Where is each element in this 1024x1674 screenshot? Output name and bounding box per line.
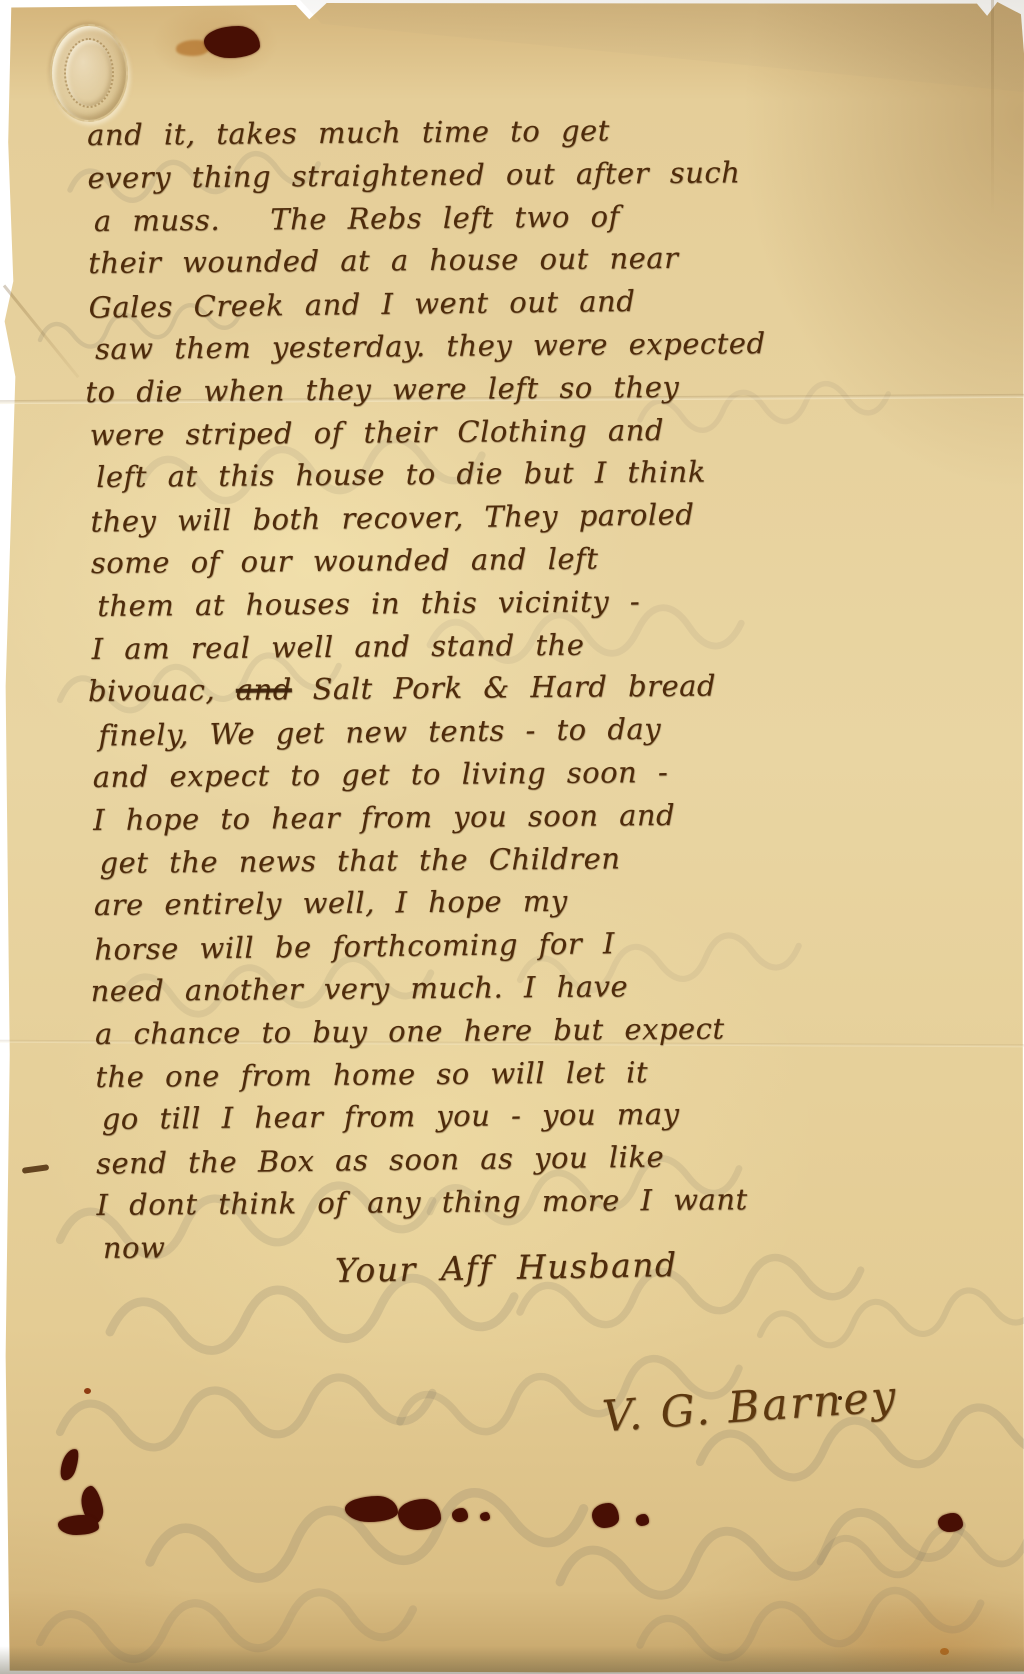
- line-segment: bivouac,: [88, 673, 236, 708]
- paper-bottom-edge-shadow: [0, 1646, 1024, 1674]
- ink-blot-top: [204, 26, 260, 58]
- struck-word: and: [236, 673, 292, 707]
- ink-stain: [345, 1496, 398, 1522]
- embossed-seal: [50, 24, 128, 122]
- ink-stain: [452, 1508, 468, 1522]
- embossed-seal-inner-ring: [64, 38, 114, 108]
- ink-stain: [938, 1513, 963, 1532]
- ink-stain: [58, 1515, 99, 1535]
- letter-body: and it, takes much time to getevery thin…: [87, 106, 1011, 1269]
- ink-stain: [592, 1503, 619, 1528]
- letter-lines: and it, takes much time to getevery thin…: [87, 106, 1011, 1269]
- scanned-letter-page: and it, takes much time to getevery thin…: [0, 0, 1024, 1674]
- ink-speck: [84, 1388, 91, 1394]
- line-segment: Salt Pork & Hard bread: [292, 669, 716, 707]
- ink-stain: [636, 1514, 649, 1526]
- ink-stain: [480, 1512, 490, 1521]
- letter-closing: Your Aff Husband: [335, 1245, 678, 1290]
- ink-stain: [398, 1499, 441, 1530]
